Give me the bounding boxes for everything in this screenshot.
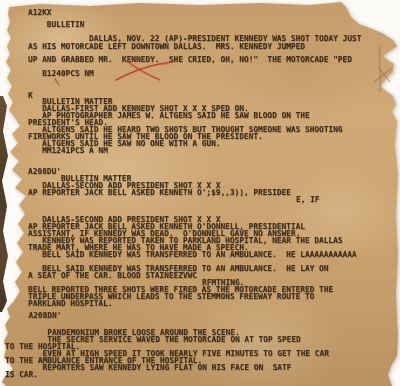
teletype-line-garbled: A SEAT OF THE CAR. BLOOD STAINEEZVWC bbox=[28, 272, 197, 280]
teletype-line: PARKLAND HOSPITAL. bbox=[28, 300, 113, 308]
wire-timestamp: B1240PCS NM bbox=[28, 70, 94, 78]
teletype-line-torn: IS CAR. bbox=[5, 371, 38, 379]
teletype-line-garbled: BELL SAID KENNEDY WAS TRANSFERRED TO AN … bbox=[28, 251, 357, 259]
teletype-line-garbled: AP REPORTER JACK BELL ASKED KENNETH O';$… bbox=[28, 189, 291, 197]
bulletin-heading: BULLETIN bbox=[28, 21, 84, 29]
teletype-text: A12KX BULLETIN DALLAS, NOV. 22 (AP)-PRES… bbox=[0, 0, 400, 386]
teletype-line: REPORTERS SAW KENNEDY LYING FLAT ON HIS … bbox=[5, 364, 291, 372]
teletype-line-fragment: E, IF bbox=[296, 196, 319, 204]
teletype-bulletin-scan: A12KX BULLETIN DALLAS, NOV. 22 (AP)-PRES… bbox=[0, 0, 400, 386]
wire-code: A12KX bbox=[28, 9, 51, 17]
wire-code: A208DN' bbox=[5, 312, 61, 320]
teletype-line: AS HIS MOTORCADE LEFT DOWNTOWN DALLAS. M… bbox=[28, 43, 305, 51]
teletype-line: UP AND GRABBED MR. KENNEDY. SHE CRIED, O… bbox=[28, 56, 352, 64]
wire-timestamp: MM1241PCS A NM bbox=[28, 147, 108, 155]
